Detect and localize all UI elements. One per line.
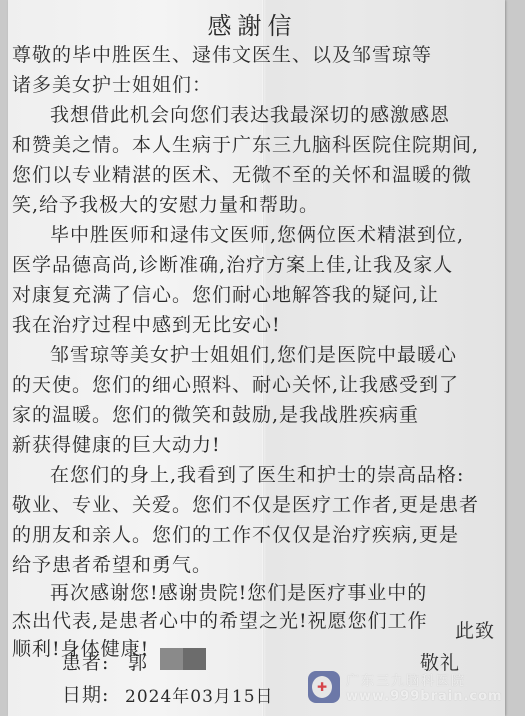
body-line: 杰出代表,是患者心中的希望之光!祝愿您们工作 <box>12 606 428 633</box>
body-line: 给予患者希望和勇气。 <box>12 550 212 577</box>
patient-name: 郭 <box>128 648 148 675</box>
body-line: 敬业、专业、关爱。您们不仅是医疗工作者,更是患者 <box>12 490 479 517</box>
body-line: 再次感谢您!感谢贵院!您们是医疗事业中的 <box>50 578 427 605</box>
letter-title: 感謝信 <box>0 6 505 41</box>
watermark-hospital-name: 广东三九脑科医院 <box>346 670 503 689</box>
body-line: 您们以专业精湛的医术、无微不至的关怀和温暖的微 <box>12 160 472 187</box>
watermark-url: www.999brain.com <box>346 689 503 704</box>
body-line: 毕中胜医师和逯伟文医师,您俩位医术精湛到位, <box>50 220 464 247</box>
body-line: 在您们的身上,我看到了医生和护士的崇高品格: <box>50 460 464 487</box>
red-cross-icon: ✚ <box>316 681 328 693</box>
salutation-line: 诸多美女护士姐姐们： <box>12 70 212 97</box>
body-line: 的天使。您们的细心照料、耐心关怀,让我感受到了 <box>12 370 459 397</box>
salutation-line: 尊敬的毕中胜医生、逯伟文医生、以及邹雪琼等 <box>12 40 432 67</box>
closing-ci-zhi: 此致 <box>455 616 495 643</box>
hospital-logo-icon: ✚ <box>308 671 340 703</box>
date-value: 2024年03月15日 <box>125 682 274 707</box>
body-line: 我想借此机会向您们表达我最深切的感激感恩 <box>50 100 450 127</box>
date-label: 日期: <box>62 680 109 707</box>
body-line: 邹雪琼等美女护士姐姐们,您们是医院中最暖心 <box>50 340 457 367</box>
body-line: 我在治疗过程中感到无比安心! <box>12 310 281 337</box>
body-line: 笑,给予我极大的安慰力量和帮助。 <box>12 190 319 217</box>
body-line: 家的温暖。您们的微笑和鼓励,是我战胜疾病重 <box>12 400 419 427</box>
redacted-name-block <box>160 648 206 670</box>
hospital-watermark: ✚ 广东三九脑科医院 www.999brain.com <box>308 670 503 704</box>
patient-label: 患者: <box>62 648 109 675</box>
body-line: 医学品德高尚,诊断准确,治疗方案上佳,让我及家人 <box>12 250 453 277</box>
body-line: 的朋友和亲人。您们的工作不仅仅是治疗疾病,更是 <box>12 520 459 547</box>
body-line: 新获得健康的巨大动力! <box>12 430 221 457</box>
body-line: 和赞美之情。本人生病于广东三九脑科医院住院期间, <box>12 130 479 157</box>
body-line: 对康复充满了信心。您们耐心地解答我的疑问,让 <box>12 280 439 307</box>
